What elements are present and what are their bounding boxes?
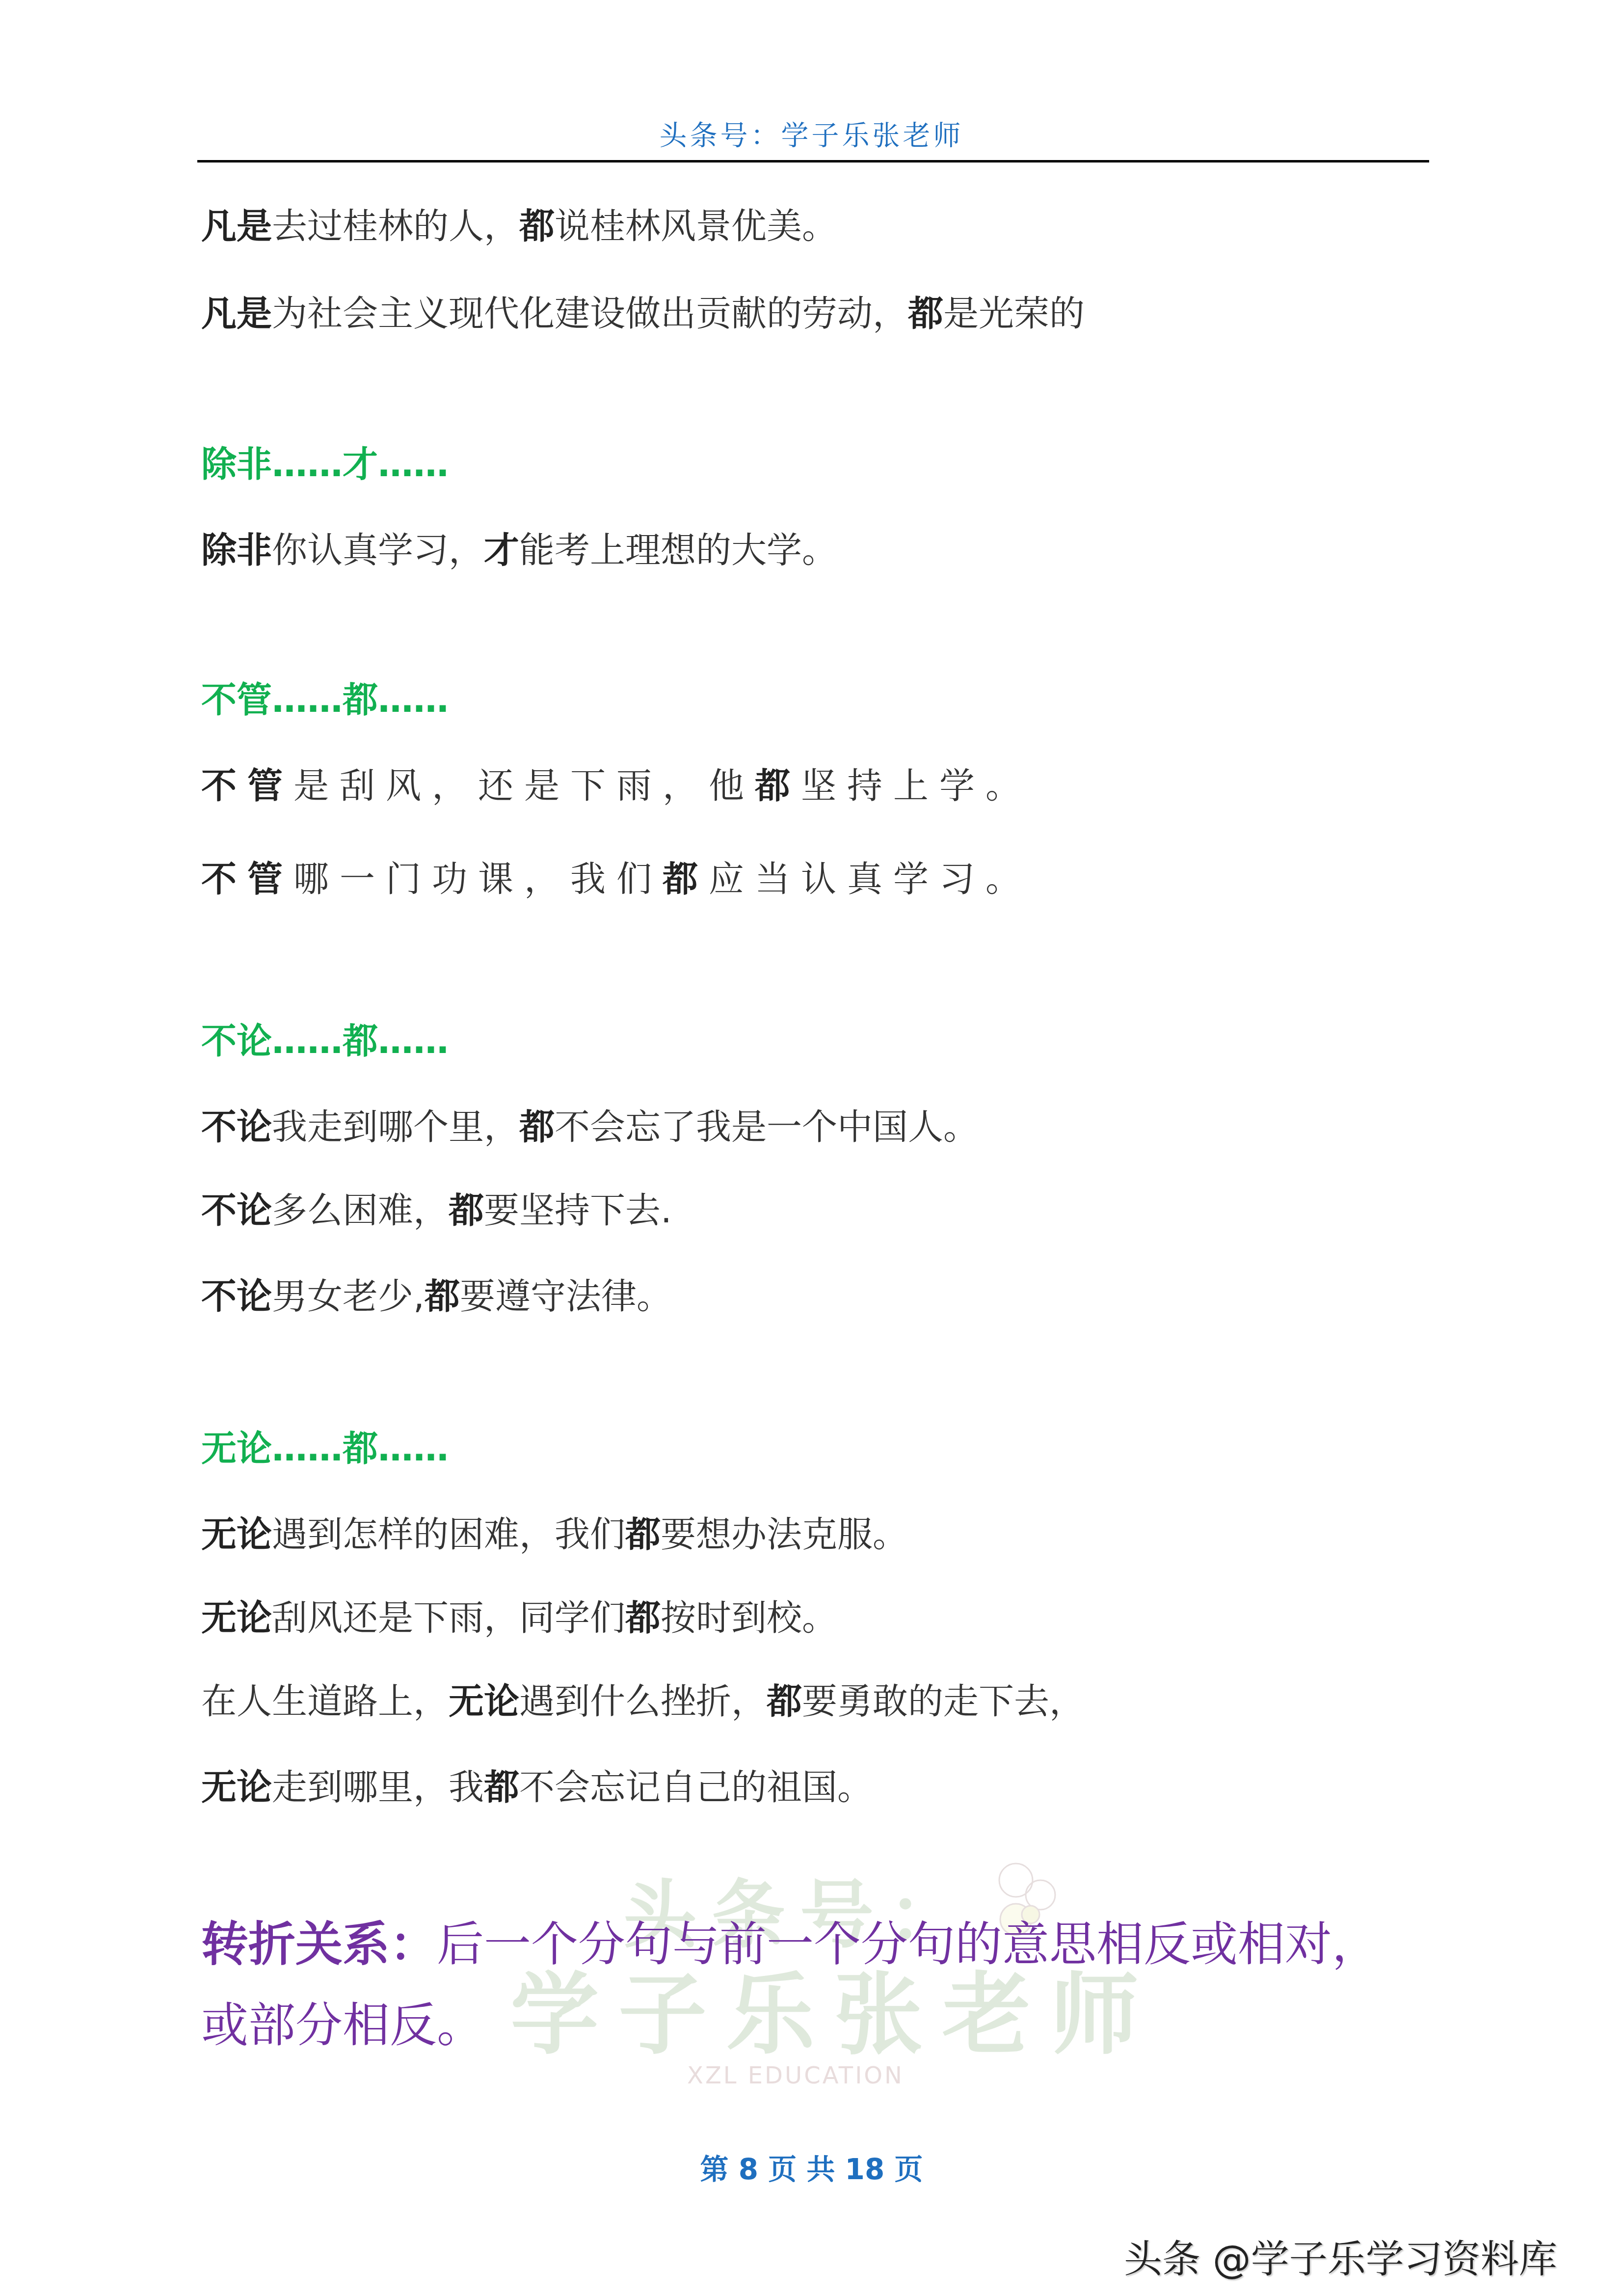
sentence-text: 坚持上学。 (801, 765, 1032, 806)
definition-line-1: 转折关系：后一个分句与前一个分句的意思相反或相对， (201, 1915, 1379, 1973)
keyword: 凡是 (201, 293, 272, 334)
sentence-text: 走到哪里，我 (272, 1766, 484, 1808)
keyword: 不管 (201, 765, 293, 806)
sentence-text: 刮风还是下雨，同学们 (272, 1597, 625, 1638)
keyword: 都 (755, 765, 801, 806)
definition-label: 转折关系： (201, 1917, 437, 1972)
example-sentence: 不论男女老少,都要遵守法律。 (201, 1274, 672, 1318)
sentence-text: 是刮风，还是下雨，他 (293, 765, 755, 806)
keyword: 都 (519, 1106, 555, 1147)
keyword: 才 (484, 529, 519, 570)
keyword: 都 (449, 1189, 484, 1231)
definition-text: 或部分相反。 (201, 1998, 484, 2053)
keyword: 都 (484, 1766, 519, 1808)
sentence-text: 在人生道路上， (201, 1680, 449, 1722)
example-sentence: 在人生道路上，无论遇到什么挫折，都要勇敢的走下去， (201, 1679, 1085, 1723)
definition-line-2: 或部分相反。 (201, 1996, 484, 2054)
keyword: 都 (663, 858, 709, 899)
sentence-text: 遇到怎样的困难，我们 (272, 1513, 625, 1555)
sentence-text: 遇到什么挫折， (519, 1680, 767, 1722)
section-heading-bulun: 不论……都…… (201, 1019, 449, 1063)
keyword: 除非 (201, 529, 272, 570)
keyword: 不论 (201, 1106, 272, 1147)
sentence-text: 为社会主义现代化建设做出贡献的劳动， (272, 293, 908, 334)
keyword: 都 (425, 1275, 460, 1317)
example-sentence: 不管是刮风，还是下雨，他都坚持上学。 (201, 763, 1032, 808)
example-sentence: 不论我走到哪个里，都不会忘了我是一个中国人。 (201, 1105, 979, 1149)
sentence-text: 按时到校。 (661, 1597, 837, 1638)
example-sentence: 无论遇到怎样的困难，我们都要想办法克服。 (201, 1512, 908, 1556)
sentence-text: 能考上理想的大学。 (519, 529, 837, 570)
keyword: 不论 (201, 1189, 272, 1231)
keyword: 不管 (201, 858, 293, 899)
sentence-text: 要遵守法律。 (460, 1275, 672, 1317)
source-attribution: 头条 @学子乐学习资料库 (1124, 2229, 1557, 2284)
sentence-text: 要想办法克服。 (661, 1513, 908, 1555)
watermark-sub-text: XZL EDUCATION (687, 2062, 904, 2089)
keyword: 都 (519, 205, 555, 246)
keyword: 都 (625, 1597, 661, 1638)
example-sentence: 无论走到哪里，我都不会忘记自己的祖国。 (201, 1765, 873, 1809)
page-header-title: 头条号：学子乐张老师 (0, 114, 1623, 153)
keyword: 都 (908, 293, 943, 334)
sentence-text: 去过桂林的人， (272, 205, 519, 246)
sentence-text: 是光荣的 (943, 293, 1085, 334)
section-heading-chufei: 除非……才…… (201, 442, 449, 486)
sentence-text: 说桂林风景优美。 (555, 205, 837, 246)
example-sentence: 不管哪一门功课，我们都应当认真学习。 (201, 857, 1032, 901)
section-heading-wulun: 无论……都…… (201, 1426, 449, 1470)
sentence-text: 我走到哪个里， (272, 1106, 519, 1147)
example-sentence: 不论多么困难，都要坚持下去. (201, 1188, 672, 1232)
sentence-text: 不会忘了我是一个中国人。 (555, 1106, 979, 1147)
keyword: 不论 (201, 1275, 272, 1317)
definition-text: 后一个分句与前一个分句的意思相反或相对， (437, 1917, 1379, 1972)
keyword: 无论 (449, 1680, 519, 1722)
example-sentence: 除非你认真学习，才能考上理想的大学。 (201, 528, 837, 572)
sentence-text: 要坚持下去. (484, 1189, 672, 1231)
section-heading-buguan: 不管……都…… (201, 677, 449, 722)
sentence-text: 应当认真学习。 (709, 858, 1032, 899)
keyword: 无论 (201, 1766, 272, 1808)
keyword: 凡是 (201, 205, 272, 246)
page-number: 第 8 页 共 18 页 (0, 2146, 1623, 2188)
sentence-text: 你认真学习， (272, 529, 484, 570)
sentence-text: 多么困难， (272, 1189, 449, 1231)
example-sentence: 凡是去过桂林的人，都说桂林风景优美。 (201, 204, 837, 248)
sentence-text: 要勇敢的走下去， (802, 1680, 1085, 1722)
watermark: 头条号： 学子乐张老师 XZL EDUCATION (510, 1856, 1129, 2101)
header-divider (197, 160, 1429, 162)
keyword: 无论 (201, 1597, 272, 1638)
keyword: 无论 (201, 1513, 272, 1555)
example-sentence: 凡是为社会主义现代化建设做出贡献的劳动，都是光荣的 (201, 291, 1085, 335)
keyword: 都 (625, 1513, 661, 1555)
example-sentence: 无论刮风还是下雨，同学们都按时到校。 (201, 1595, 837, 1640)
keyword: 都 (767, 1680, 802, 1722)
sentence-text: 不会忘记自己的祖国。 (519, 1766, 873, 1808)
sentence-text: 男女老少, (272, 1275, 425, 1317)
sentence-text: 哪一门功课，我们 (293, 858, 663, 899)
